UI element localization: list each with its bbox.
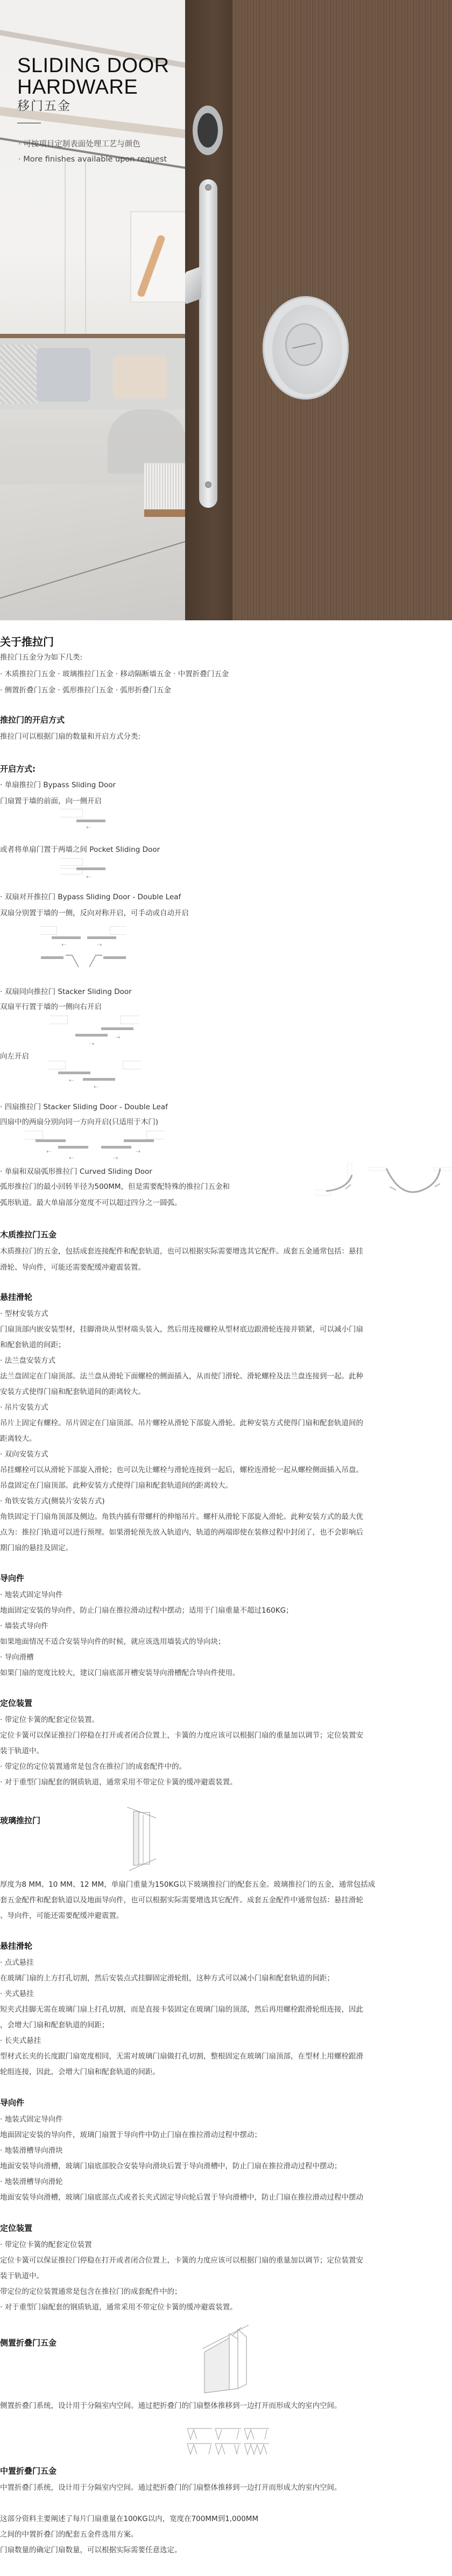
- list-item: · 带定位的定位装置通常是包含在推拉门的成套配件中的。: [0, 1760, 186, 1771]
- paragraph: 定位卡簧可以保证推拉门停稳在打开或者闭合位置上，卡簧的力度应该可以根据门扇的重量…: [0, 1729, 363, 1740]
- arrow-left-icon: ⇠: [61, 942, 66, 948]
- paragraph: 在玻璃门扇的上方打孔切割，然后安装点式挂脚固定滑轮组，这种方式可以减小门扇和配套…: [0, 1972, 334, 1983]
- door-type-desc: 门扇置于墙的前面，向一侧开启: [0, 795, 102, 806]
- list-item: · 点式悬挂: [0, 1956, 34, 1967]
- subsection-heading: 悬挂滑轮: [0, 1940, 32, 1951]
- list-item: · 地装滑槽导向滑块: [0, 2144, 63, 2155]
- section-heading-center-folding: 中置折叠门五金: [0, 2465, 56, 2476]
- paragraph: 门扇顶部内嵌安装型材，挂脚滑块从型材端头装入，然后用连接螺栓从型材底边跟滑轮连接…: [0, 1323, 363, 1334]
- hero-bullet: · More finishes available upon request: [18, 155, 167, 164]
- paragraph: 地面固定安装的导向件，防止门扇在推拉滑动过程中摆动；适用于门扇重量不超过160K…: [0, 1604, 293, 1615]
- subheading: 开启方式:: [0, 763, 36, 774]
- paragraph: 推拉门可以根据门扇的数量和开启方式分类:: [0, 730, 140, 741]
- paragraph: 吊盘固定在门扇顶部。此种安装方式使得门扇和配套轨道间的距离较大。: [0, 1479, 232, 1490]
- list-item: · 对于重型门扇配套的钢质轨道，通常采用不带定位卡簧的缓冲避震装置。: [0, 1776, 237, 1787]
- paragraph: 地面安装导向滑槽，玻璃门扇底部点式或者长夹式固定导向轮后置于导向滑槽中，防止门扇…: [0, 2191, 363, 2202]
- door-type-title: · 单扇和双扇弧形推拉门 Curved Sliding Door: [0, 1165, 152, 1176]
- arrow-right-icon: ⇢: [89, 1041, 94, 1047]
- paragraph: 门扇数量的确定门扇数量，可以根据实际需要任意选定。: [0, 2544, 182, 2554]
- paragraph: 定位卡簧可以保证推拉门停稳在打开或者闭合位置上，卡簧的力度应该可以根据门扇的重量…: [0, 2254, 363, 2265]
- section-heading-side-folding: 侧置折叠门五金: [0, 2337, 56, 2348]
- privacy-turn-icon: [285, 323, 323, 366]
- lock-faceplate: [199, 179, 217, 508]
- diagram-bypass-double: ⇠ ⇢: [41, 926, 127, 969]
- arrow-left-icon: ⇠: [94, 1084, 98, 1090]
- paragraph: 点为：推拉门轨道可以进行预埋。如果滑轮预先放入轨道内，轨道的两端即使在装修过程中…: [0, 1526, 363, 1537]
- hero-banner: SLIDING DOOR HARDWARE 移门五金 · 可按项目定制表面处理工…: [0, 0, 452, 620]
- list-item: · 对于重型门扇配套的钢质轨道，通常采用不带定位卡簧的缓冲避震装置。: [0, 2301, 237, 2312]
- paragraph: 如果门扇的宽度比较大，建议门扇底部开槽安装导向滑槽配合导向件使用。: [0, 1667, 240, 1677]
- wood-door: [232, 0, 452, 620]
- hero-title: SLIDING DOOR HARDWARE: [17, 55, 169, 98]
- list-item: · 角铁安装方式(侧装片安装方式): [0, 1495, 105, 1506]
- hook-latch: [185, 267, 201, 305]
- paragraph: 、导向件，可能还需要配缓冲避震置。: [0, 1909, 124, 1920]
- wall-art: [130, 211, 186, 303]
- paragraph: 木质推拉门的五金，包括成套连接配件和配套轨道，也可以根据实际需要增选其它配件。成…: [0, 1245, 363, 1256]
- divider: [17, 123, 41, 123]
- paragraph: 带定位的定位装置通常是包含在推拉门的成套配件中的；: [0, 2285, 182, 2296]
- arrow-left-icon: ⇠: [46, 1149, 51, 1154]
- arrow-left-icon: ⇠: [69, 1156, 74, 1161]
- list-item: · 地装式固定导向件: [0, 1588, 63, 1599]
- paragraph: 轮组连接，因此，会增大门扇和配套轨道的间距。: [0, 2066, 160, 2076]
- paragraph: 期门扇的悬挂及固定。: [0, 1542, 73, 1552]
- list-item: · 墙装式导向件: [0, 1620, 48, 1630]
- paragraph: 推拉门五金分为如下几类:: [0, 651, 82, 662]
- arrow-left-icon: ⇠: [86, 874, 91, 880]
- paragraph: 这部分资料主要阐述了每片门扇重量在100KG以内，宽度在700MM到1,000M…: [0, 2512, 258, 2523]
- category-list: · 侧置折叠门五金 · 弧形推拉门五金 · 弧形折叠门五金: [0, 684, 171, 695]
- pillow: [0, 345, 38, 404]
- arrow-right-icon: ⇢: [115, 1035, 120, 1040]
- list-item: · 型材安装方式: [0, 1307, 48, 1318]
- door-type-title: · 四扇推拉门 Stacker Sliding Door - Double Le…: [0, 1101, 168, 1111]
- diagram-curved-door: [315, 1163, 452, 1212]
- arrow-right-icon: ⇢: [97, 942, 102, 948]
- paragraph: 之间的中置折叠门的配套五金件选用方案。: [0, 2528, 138, 2539]
- paragraph: 地面安装导向滑槽，玻璃门扇底部胶合安装导向滑块后置于导向滑槽中，防止门扇在推拉滑…: [0, 2160, 342, 2171]
- list-item: · 带定位卡簧的配套定位装置。: [0, 1713, 99, 1724]
- subsection-heading: 定位装置: [0, 2222, 32, 2234]
- paragraph: 滑轮、导向件，可能还需要配缓冲避震装置。: [0, 1261, 145, 1272]
- hero-title-line2: HARDWARE: [17, 76, 169, 98]
- list-item: · 长夹式悬挂: [0, 2034, 41, 2045]
- section-heading-opening: 推拉门的开启方式: [0, 714, 65, 725]
- paragraph: ，会增大门扇和配套轨道的间距；: [0, 2019, 109, 2029]
- auto-swing-arrows-icon: [65, 952, 103, 969]
- section-heading-wood: 木质推拉门五金: [0, 1229, 56, 1240]
- door-type-title: · 双扇对开推拉门 Bypass Sliding Door - Double L…: [0, 891, 181, 901]
- paragraph: 地面固定安装的导向件，玻璃门扇置于导向件中防止门扇在推拉滑动过程中摆动；: [0, 2129, 262, 2139]
- door-type-desc: 四扇中的两扇分别向同一方向开启(只适用于木门): [0, 1116, 158, 1126]
- door-type-title: 向左开启: [0, 1050, 29, 1061]
- side-folding-door-illustration: [202, 2325, 251, 2395]
- paragraph: 中置折叠门系统，设计用于分隔室内空间。通过把折叠门的门扇整体推移到一边打开而形成…: [0, 2481, 342, 2492]
- subsection-heading: 定位装置: [0, 1697, 32, 1709]
- paragraph: 套五金配件和配套轨道以及地面导向件，也可以根据实际需要增选其它配件。成套五金配件…: [0, 1894, 363, 1905]
- subsection-heading: 导向件: [0, 2097, 24, 2108]
- door-type-desc: 双扇平行置于墙的一侧向右开启: [0, 1000, 102, 1011]
- list-item: · 夹式悬挂: [0, 1987, 34, 1998]
- section-heading-about: 关于推拉门: [0, 633, 54, 649]
- pillow: [113, 355, 167, 398]
- category-list: · 木质推拉门五金 · 玻璃推拉门五金 · 移动隔断墙五金 · 中置折叠门五金: [0, 668, 229, 678]
- section-heading-glass: 玻璃推拉门: [0, 1815, 40, 1826]
- list-item: · 地装滑槽导向滑轮: [0, 2175, 63, 2186]
- list-item: · 地装式固定导向件: [0, 2113, 63, 2124]
- paragraph: 短夹式挂脚无需在玻璃门扇上打孔切割，而是直接卡装固定在玻璃门扇的顶部，然后再用螺…: [0, 2003, 363, 2014]
- paragraph: 吊片上固定有螺栓。吊片固定在门扇顶部。吊片螺栓从滑轮下部旋入滑轮。此种安装方式使…: [0, 1417, 363, 1427]
- table-pillar: [144, 463, 186, 517]
- subsection-heading: 悬挂滑轮: [0, 1291, 32, 1303]
- screw-icon: [205, 184, 211, 191]
- door-pull-top-icon: [193, 106, 223, 155]
- door-type-title: · 单扇推拉门 Bypass Sliding Door: [0, 779, 116, 789]
- subsection-heading: 导向件: [0, 1572, 24, 1584]
- diagram-stacker-left: ⇠ ⇠: [47, 1061, 144, 1093]
- diagram-pocket: ⇠: [60, 858, 109, 882]
- glass-door-illustration: [127, 1807, 160, 1875]
- list-item: · 法兰盘安装方式: [0, 1354, 55, 1365]
- hero-bullet: · 可按项目定制表面处理工艺与颜色: [18, 138, 140, 149]
- paragraph: 厚度为8 MM、10 MM、12 MM，单扇门重量为150KG以下玻璃推拉门的配…: [0, 1878, 375, 1889]
- arrow-right-icon: ⇢: [136, 1149, 140, 1154]
- screw-icon: [205, 481, 211, 488]
- paragraph: 型材式长夹的长度跟门扇宽度相同，无需对玻璃门扇做打孔切割，整根固定在玻璃门扇顶部…: [0, 2050, 363, 2061]
- paragraph: 安装方式使得门扇和配套轨道间的距离较大。: [0, 1385, 145, 1396]
- arrow-right-icon: ⇢: [113, 1156, 118, 1161]
- paragraph: 如果地面情况不适合安装导向件的时候，就应该选用墙装式的导向块；: [0, 1635, 225, 1646]
- diagram-bypass-single: ⇠: [60, 809, 109, 832]
- paragraph: 和配套轨道的间距；: [0, 1339, 66, 1349]
- door-type-title: · 双扇同向推拉门 Stacker Sliding Door: [0, 985, 132, 996]
- hero-subtitle: 移门五金: [17, 96, 71, 114]
- diagram-four-panel: ⇠ ⇠ ⇢ ⇢: [25, 1131, 165, 1163]
- door-type-title: 或者将单扇门置于两墙之间 Pocket Sliding Door: [0, 843, 160, 854]
- arrow-left-icon: ⇠: [86, 825, 91, 830]
- list-item: · 带定位卡簧的配套定位装置: [0, 2238, 92, 2249]
- arrow-left-icon: ⇠: [69, 1078, 74, 1083]
- door-type-desc: 双扇分别置于墙的一侧，反向对称开启，可手动或自动开启: [0, 907, 189, 918]
- folding-configurations-diagram: [185, 2425, 271, 2456]
- pillow: [37, 348, 90, 402]
- list-item: · 双向安装方式: [0, 1448, 48, 1459]
- paragraph: 法兰盘固定在门扇顶部。法兰盘从滑轮下面螺栓的侧面插入，从而使门滑轮、滑轮螺栓及法…: [0, 1370, 363, 1381]
- paragraph: 角铁固定于门扇角顶部及侧边。角铁内插有带螺杆的伸缩吊片。螺杆从滑轮下部旋入滑轮。…: [0, 1510, 363, 1521]
- door-type-desc: 弧形推拉门的最小回转半径为500MM，但是需要配特殊的推拉门五金和: [0, 1180, 230, 1191]
- paragraph: 侧置折叠门系统，设计用于分隔室内空间。通过把折叠门的门扇整体推移到一边打开而形成…: [0, 2399, 342, 2410]
- paragraph: 距离较大。: [0, 1432, 37, 1443]
- hero-title-line1: SLIDING DOOR: [17, 55, 169, 76]
- door-type-desc: 弧形轨道。最大单扇部分宽度不可以超过四分之一圆弧。: [0, 1196, 182, 1207]
- list-item: · 导向滑槽: [0, 1651, 34, 1662]
- paragraph: 吊挂螺栓可以从滑轮下部旋入滑轮；也可以先让螺栓与滑轮连接到一起后，螺栓连滑轮一起…: [0, 1464, 363, 1474]
- list-item: · 吊片安装方式: [0, 1401, 48, 1412]
- diagram-stacker-right: ⇢ ⇢: [50, 1016, 141, 1048]
- paragraph: 装于轨道中。: [0, 1745, 44, 1755]
- paragraph: 装于轨道中。: [0, 2270, 44, 2280]
